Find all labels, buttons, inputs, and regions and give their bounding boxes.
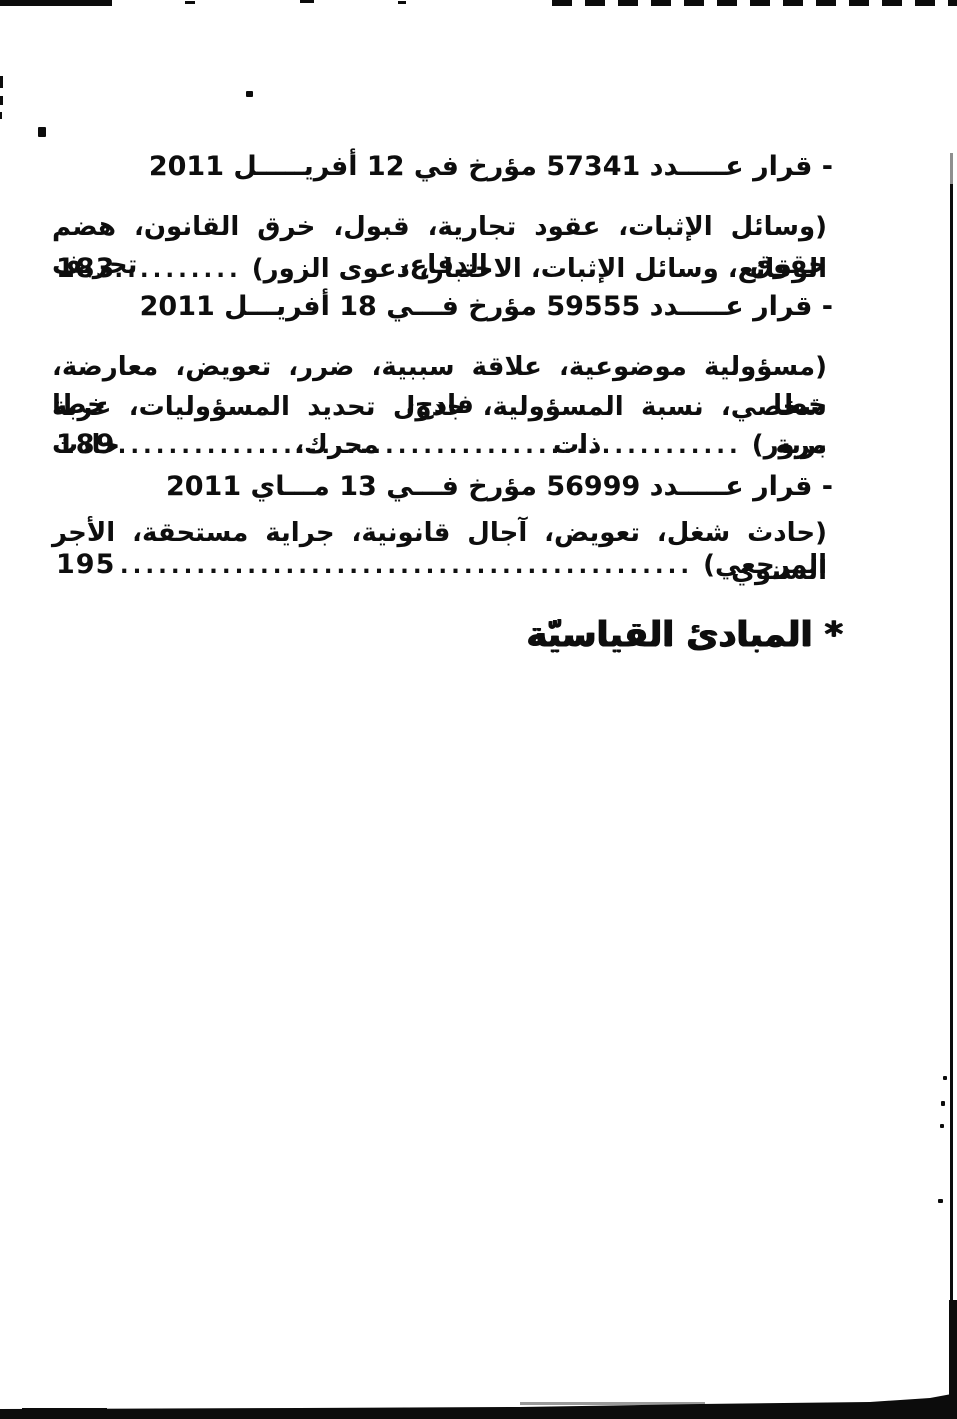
scan-artifact-left-tick xyxy=(0,76,3,88)
toc-entry-1-heading: - قرار عـــــدد 57341 مؤرخ في 12 أفريـــ… xyxy=(149,148,833,186)
scan-artifact-top-speck xyxy=(185,1,195,4)
scan-artifact-speck xyxy=(940,1124,944,1128)
scan-artifact-speck xyxy=(941,1101,945,1106)
toc-entry-3-description-last-line: المرجعي) xyxy=(703,546,827,584)
scan-artifact-left-tick xyxy=(0,96,3,105)
scan-artifact-speck xyxy=(938,1199,943,1203)
scan-artifact-bottom-band xyxy=(0,1390,957,1419)
scan-artifact-right-edge-line-gray xyxy=(950,153,953,185)
scan-artifact-left-tick xyxy=(0,112,2,119)
toc-entry-1-description-last-line: الوقائع، وسائل الإثبات، الاختبار، دعوى ا… xyxy=(252,250,827,288)
toc-entry-3-leader-row: المرجعي) ...............................… xyxy=(56,546,827,585)
toc-entry-2-page-number: 189 xyxy=(56,426,115,464)
toc-entry-2-description-last-line: مرور) xyxy=(752,426,827,464)
section-heading: * المبادئ القياسيّة xyxy=(527,612,843,658)
scanned-page: - قرار عـــــدد 57341 مؤرخ في 12 أفريـــ… xyxy=(0,0,957,1419)
toc-entry-2-heading: - قرار عـــــدد 59555 مؤرخ فـــي 18 أفري… xyxy=(140,288,833,326)
scan-artifact-speck xyxy=(943,1076,947,1080)
scan-artifact-top-left-bar xyxy=(0,0,112,6)
scan-artifact-right-edge-line xyxy=(950,184,953,1419)
scan-artifact-bottom-left-blotch xyxy=(22,1408,107,1419)
dot-leader: ........................................… xyxy=(115,427,751,465)
scan-artifact-speck xyxy=(38,127,46,137)
dot-leader: ........................................… xyxy=(115,547,703,585)
toc-entry-1-page-number: 183 xyxy=(56,250,115,288)
scan-artifact-speck xyxy=(246,91,253,97)
dot-leader: ........................................… xyxy=(115,251,251,289)
scan-artifact-top-speck xyxy=(300,0,314,3)
toc-entry-3-heading: - قرار عـــــدد 56999 مؤرخ فـــي 13 مـــ… xyxy=(166,468,833,506)
toc-entry-2-leader-row: مرور) ..................................… xyxy=(56,426,827,465)
scan-artifact-top-dashes xyxy=(552,0,957,6)
toc-entry-3-page-number: 195 xyxy=(56,546,115,584)
scan-artifact-top-speck xyxy=(398,1,406,4)
toc-entry-1-leader-row: الوقائع، وسائل الإثبات، الاختبار، دعوى ا… xyxy=(56,250,827,289)
